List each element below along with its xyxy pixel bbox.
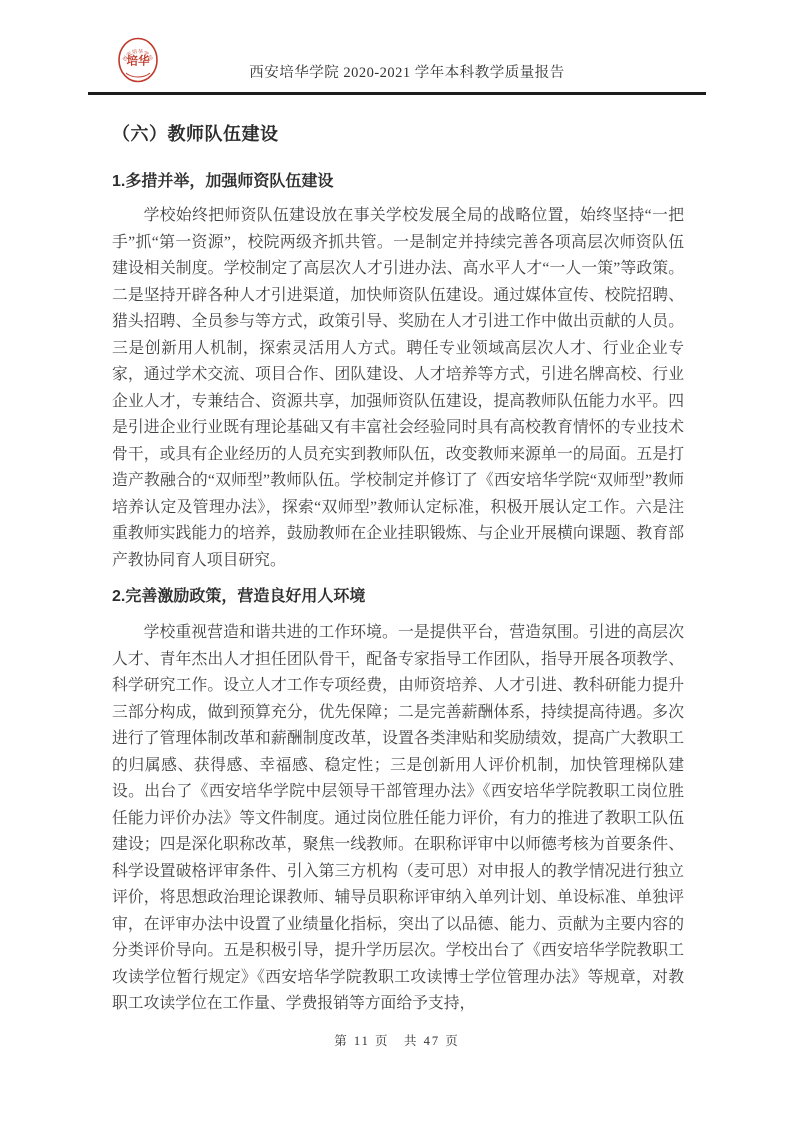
subsection-1-paragraph: 学校始终把师资队伍建设放在事关学校发展全局的战略位置，始终坚持“一把手”抓“第一… bbox=[112, 203, 684, 574]
section-heading: （六）教师队伍建设 bbox=[112, 122, 684, 147]
document-page: 西安培华学院 培华 西安培华学院 2020-2021 学年本科教学质量报告 （六… bbox=[0, 0, 794, 1123]
subsection-2-paragraph: 学校重视营造和谐共进的工作环境。一是提供平台，营造氛围。引进的高层次人才、青年杰… bbox=[112, 620, 684, 1018]
header-title: 西安培华学院 2020-2021 学年本科教学质量报告 bbox=[60, 61, 754, 82]
document-body: （六）教师队伍建设 1.多措并举，加强师资队伍建设 学校始终把师资队伍建设放在事… bbox=[112, 120, 684, 1030]
page-footer: 第 11 页 共 47 页 bbox=[0, 1031, 794, 1049]
subsection-1-heading: 1.多措并举，加强师资队伍建设 bbox=[112, 171, 684, 193]
page-number-text: 第 11 页 共 47 页 bbox=[334, 1034, 460, 1048]
subsection-2-heading: 2.完善激励政策，营造良好用人环境 bbox=[112, 586, 684, 608]
header-divider bbox=[88, 92, 706, 95]
